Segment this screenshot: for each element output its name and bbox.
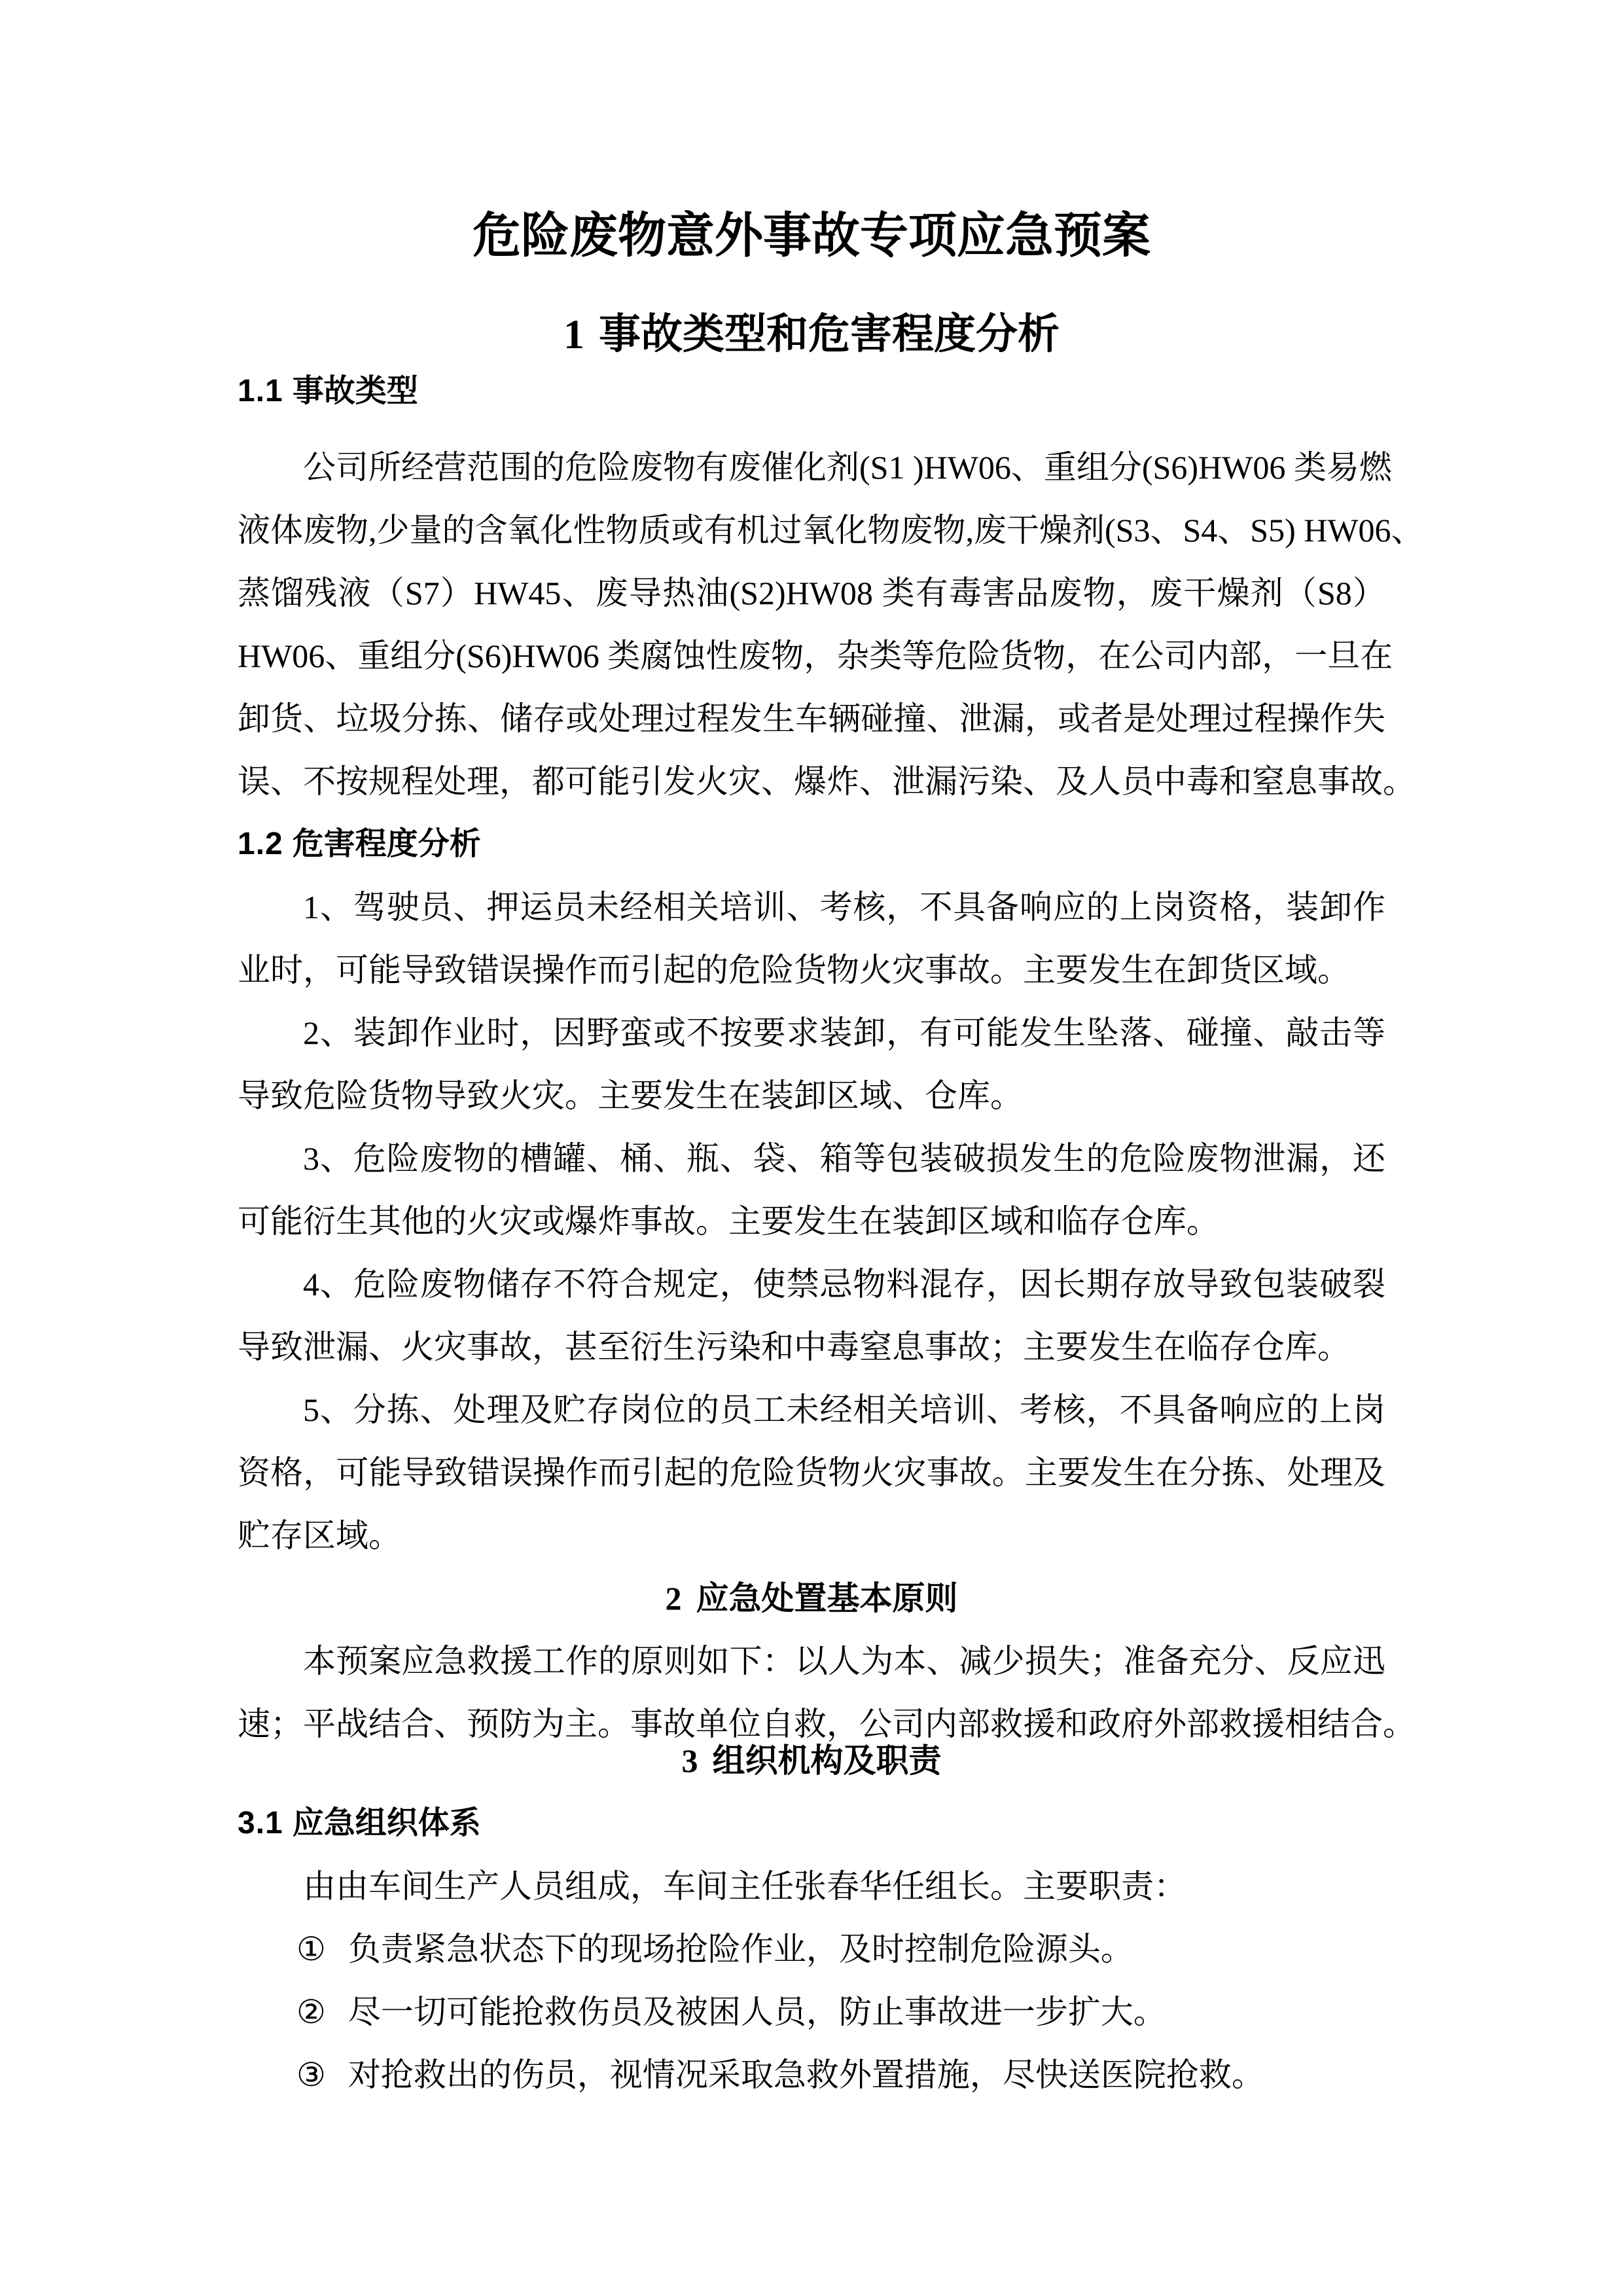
text-line: 5、分拣、处理及贮存岗位的员工未经相关培训、考核，不具备响应的上岗 xyxy=(238,1378,1385,1441)
text-line: 3、危险废物的槽罐、桶、瓶、袋、箱等包装破损发生的危险废物泄漏，还 xyxy=(238,1127,1385,1190)
text-line: 卸货、垃圾分拣、储存或处理过程发生车辆碰撞、泄漏，或者是处理过程操作失 xyxy=(238,687,1385,750)
document-content: 危险废物意外事故专项应急预案 1事故类型和危害程度分析1.1事故类型公司所经营范… xyxy=(238,0,1385,2106)
subsection-number: 3.1 xyxy=(238,1806,283,1840)
text-line: 1、驾驶员、押运员未经相关培训、考核，不具备响应的上岗资格，装卸作 xyxy=(238,876,1385,939)
subsection-heading-text: 危害程度分析 xyxy=(293,827,481,861)
section-number: 1 xyxy=(563,311,584,357)
subsection-number: 1.2 xyxy=(238,827,283,861)
text-line: HW06、重组分(S6)HW06 类腐蚀性废物，杂类等危险货物，在公司内部，一旦… xyxy=(238,624,1385,687)
text-line: 液体废物,少量的含氧化性物质或有机过氧化物废物,废干燥剂(S3、S4、S5) H… xyxy=(238,499,1385,562)
document-title: 危险废物意外事故专项应急预案 xyxy=(238,208,1385,264)
text-line: 4、危险废物储存不符合规定，使禁忌物料混存，因长期存放导致包装破裂 xyxy=(238,1253,1385,1316)
circled-number-marker: ① xyxy=(296,1931,326,1967)
paragraph: 2、装卸作业时，因野蛮或不按要求装卸，有可能发生坠落、碰撞、敲击等导致危险货物导… xyxy=(238,1001,1385,1127)
subsection-heading: 3.1应急组织体系 xyxy=(238,1792,1385,1855)
text-line: 由由车间生产人员组成，车间主任张春华任组长。主要职责： xyxy=(238,1855,1385,1918)
section-number: 3 xyxy=(682,1742,698,1779)
text-line: 误、不按规程处理，都可能引发火灾、爆炸、泄漏污染、及人员中毒和窒息事故。 xyxy=(238,750,1385,813)
list-item-text: 对抢救出的伤员，视情况采取急救外置措施，尽快送医院抢救。 xyxy=(348,2056,1264,2093)
text-line: 导致泄漏、火灾事故，甚至衍生污染和中毒窒息事故；主要发生在临存仓库。 xyxy=(238,1316,1385,1378)
text-line: 导致危险货物导致火灾。主要发生在装卸区域、仓库。 xyxy=(238,1064,1385,1127)
text-line: 2、装卸作业时，因野蛮或不按要求装卸，有可能发生坠落、碰撞、敲击等 xyxy=(238,1001,1385,1064)
paragraph: 1、驾驶员、押运员未经相关培训、考核，不具备响应的上岗资格，装卸作业时，可能导致… xyxy=(238,876,1385,1001)
document-body: 1事故类型和危害程度分析1.1事故类型公司所经营范围的危险废物有废催化剂(S1 … xyxy=(238,309,1385,2106)
subsection-heading-text: 事故类型 xyxy=(293,374,418,408)
subsection-heading-text: 应急组织体系 xyxy=(293,1806,481,1840)
list-item: ①负责紧急状态下的现场抢险作业，及时控制危险源头。 xyxy=(238,1918,1385,1981)
section-heading: 1事故类型和危害程度分析 xyxy=(238,309,1385,360)
subsection-number: 1.1 xyxy=(238,374,283,408)
paragraph: 公司所经营范围的危险废物有废催化剂(S1 )HW06、重组分(S6)HW06 类… xyxy=(238,436,1385,813)
text-line: 可能衍生其他的火灾或爆炸事故。主要发生在装卸区域和临存仓库。 xyxy=(238,1190,1385,1253)
list-item-text: 尽一切可能抢救伤员及被困人员，防止事故进一步扩大。 xyxy=(348,1994,1166,2030)
list-item: ②尽一切可能抢救伤员及被困人员，防止事故进一步扩大。 xyxy=(238,1981,1385,2043)
list-item: ③对抢救出的伤员，视情况采取急救外置措施，尽快送医院抢救。 xyxy=(238,2043,1385,2106)
text-line: 资格，可能导致错误操作而引起的危险货物火灾事故。主要发生在分拣、处理及 xyxy=(238,1441,1385,1504)
text-line: 蒸馏残液（S7）HW45、废导热油(S2)HW08 类有毒害品废物，废干燥剂（S… xyxy=(238,562,1385,624)
text-line: 贮存区域。 xyxy=(238,1504,1385,1567)
document-page: 危险废物意外事故专项应急预案 1事故类型和危害程度分析1.1事故类型公司所经营范… xyxy=(0,0,1623,2296)
paragraph: 由由车间生产人员组成，车间主任张春华任组长。主要职责： xyxy=(238,1855,1385,1918)
section-heading: 2应急处置基本原则 xyxy=(238,1567,1385,1630)
paragraph: 3、危险废物的槽罐、桶、瓶、袋、箱等包装破损发生的危险废物泄漏，还可能衍生其他的… xyxy=(238,1127,1385,1253)
circled-number-marker: ③ xyxy=(296,2056,326,2093)
circled-number-marker: ② xyxy=(296,1994,326,2030)
section-heading-text: 应急处置基本原则 xyxy=(696,1580,958,1617)
section-heading-text: 事故类型和危害程度分析 xyxy=(599,311,1060,357)
text-line: 公司所经营范围的危险废物有废催化剂(S1 )HW06、重组分(S6)HW06 类… xyxy=(238,436,1385,499)
subsection-heading: 1.2危害程度分析 xyxy=(238,813,1385,876)
paragraph: 4、危险废物储存不符合规定，使禁忌物料混存，因长期存放导致包装破裂导致泄漏、火灾… xyxy=(238,1253,1385,1378)
text-line: 本预案应急救援工作的原则如下：以人为本、减少损失；准备充分、反应迅 xyxy=(238,1630,1385,1693)
text-line: 业时，可能导致错误操作而引起的危险货物火灾事故。主要发生在卸货区域。 xyxy=(238,939,1385,1001)
section-heading-text: 组织机构及职责 xyxy=(713,1742,942,1779)
section-number: 2 xyxy=(666,1580,682,1617)
list-item-text: 负责紧急状态下的现场抢险作业，及时控制危险源头。 xyxy=(348,1931,1133,1967)
paragraph: 5、分拣、处理及贮存岗位的员工未经相关培训、考核，不具备响应的上岗资格，可能导致… xyxy=(238,1378,1385,1567)
subsection-heading: 1.1事故类型 xyxy=(238,360,1385,423)
